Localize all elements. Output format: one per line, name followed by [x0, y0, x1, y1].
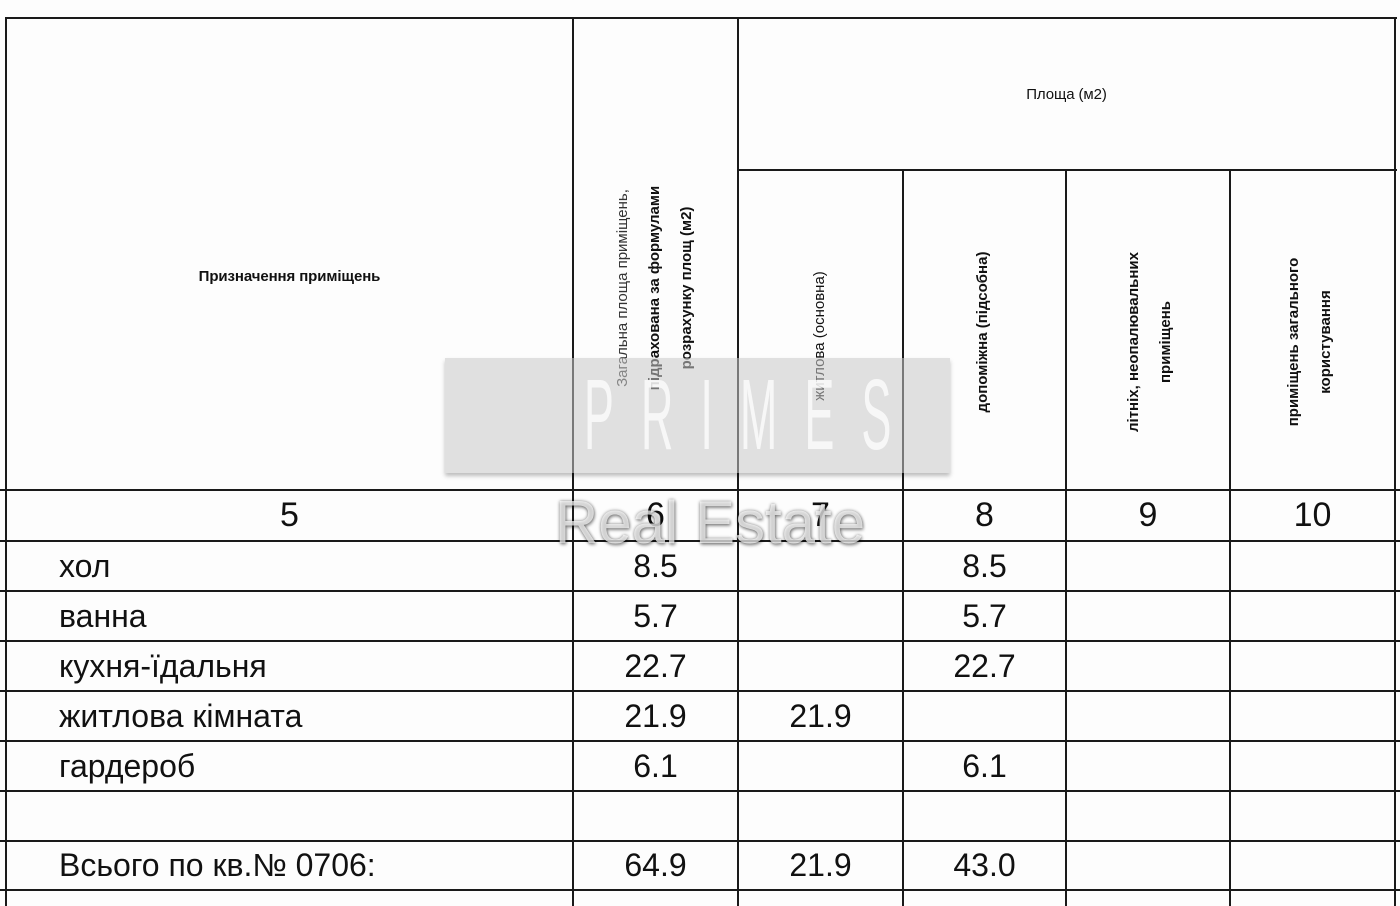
header-common: приміщень загального користування — [1278, 197, 1342, 487]
cell-common — [1231, 842, 1394, 889]
cell-name: гардероб — [7, 742, 572, 790]
header-auxiliary: допоміжна (підсобна) — [967, 182, 999, 482]
cell-summer — [1067, 542, 1229, 590]
cell-common — [1231, 692, 1394, 740]
cell-name: Всього по кв.№ 0706: — [7, 842, 572, 889]
cell-total: 22.7 — [574, 642, 737, 690]
cell-summer — [1067, 642, 1229, 690]
cell-summer — [1067, 692, 1229, 740]
cell-residential — [739, 742, 902, 790]
area-group-divider — [737, 169, 1397, 171]
watermark-letter: E — [804, 358, 861, 473]
cell-auxiliary — [904, 692, 1065, 740]
cell-total: 5.7 — [574, 592, 737, 640]
area-table-document: Призначення приміщень Загальна площа при… — [0, 0, 1400, 906]
cell-summer — [1067, 592, 1229, 640]
cell-auxiliary: 5.7 — [904, 592, 1065, 640]
cell-name: хол — [7, 542, 572, 590]
cell-name: кухня-їдальня — [7, 642, 572, 690]
cell-name — [7, 792, 572, 840]
watermark-logo: PRIMES — [584, 358, 811, 473]
cell-auxiliary: 43.0 — [904, 842, 1065, 889]
col-number: 5 — [7, 491, 572, 540]
cell-auxiliary — [904, 792, 1065, 840]
watermark-letter: P — [584, 358, 641, 473]
col-number: 8 — [904, 491, 1065, 540]
cell-residential — [739, 642, 902, 690]
cell-residential — [739, 792, 902, 840]
cell-name: житлова кімната — [7, 692, 572, 740]
cell-common — [1231, 642, 1394, 690]
watermark-letter: M — [740, 358, 804, 473]
cell-summer — [1067, 792, 1229, 840]
cell-common — [1231, 742, 1394, 790]
cell-auxiliary: 22.7 — [904, 642, 1065, 690]
cell-auxiliary: 6.1 — [904, 742, 1065, 790]
watermark-letter: I — [700, 358, 740, 473]
cell-auxiliary: 8.5 — [904, 542, 1065, 590]
cell-residential: 21.9 — [739, 842, 902, 889]
col-border — [1394, 17, 1396, 906]
header-area-group: Площа (м2) — [739, 19, 1394, 169]
watermark-subtitle: Real Estate — [515, 488, 905, 558]
cell-summer — [1067, 842, 1229, 889]
cell-common — [1231, 542, 1394, 590]
cell-total: 21.9 — [574, 692, 737, 740]
cell-total — [574, 792, 737, 840]
cell-name: ванна — [7, 592, 572, 640]
cell-residential: 21.9 — [739, 692, 902, 740]
cell-total: 64.9 — [574, 842, 737, 889]
cell-common — [1231, 592, 1394, 640]
col-number: 9 — [1067, 491, 1229, 540]
cell-common — [1231, 792, 1394, 840]
watermark-letter: S — [861, 358, 918, 473]
cell-summer — [1067, 742, 1229, 790]
cell-total: 6.1 — [574, 742, 737, 790]
cell-residential — [739, 592, 902, 640]
header-summer: літніх, неопалювальних приміщень — [1118, 197, 1182, 487]
watermark-letter: R — [641, 358, 700, 473]
col-number: 10 — [1231, 491, 1394, 540]
row-divider — [0, 889, 1400, 891]
